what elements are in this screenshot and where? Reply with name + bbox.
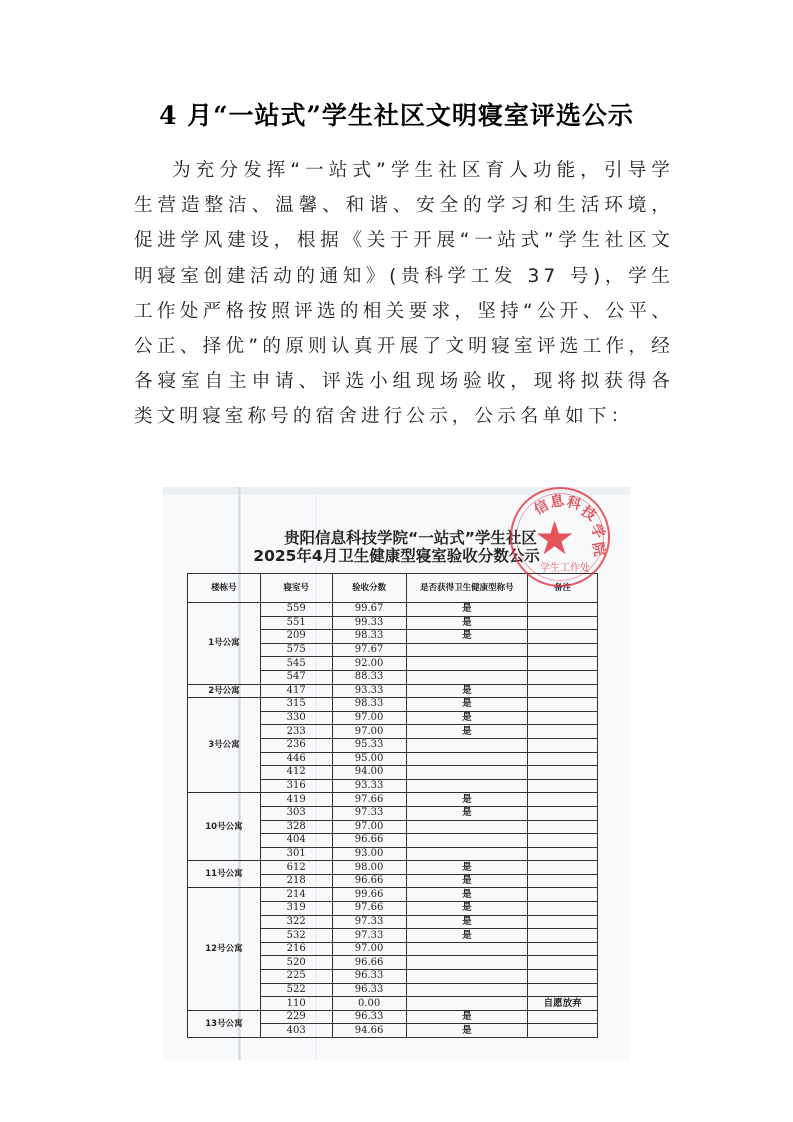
awarded-cell	[406, 643, 528, 657]
room-cell: 446	[260, 752, 332, 766]
score-cell: 92.00	[332, 657, 406, 671]
official-seal: 信 息 科 技 学 院 ★ 学生工作处	[510, 487, 610, 587]
table-row: 3号公寓31598.33是	[188, 698, 598, 712]
note-cell	[528, 779, 598, 793]
room-cell: 229	[260, 1010, 332, 1024]
header-score: 验收分数	[332, 574, 406, 603]
room-cell: 575	[260, 643, 332, 657]
note-cell	[528, 711, 598, 725]
score-cell: 93.33	[332, 684, 406, 698]
room-cell: 319	[260, 902, 332, 916]
note-cell	[528, 616, 598, 630]
score-cell: 97.33	[332, 915, 406, 929]
room-cell: 315	[260, 698, 332, 712]
room-cell: 301	[260, 847, 332, 861]
score-cell: 97.00	[332, 711, 406, 725]
score-cell: 98.00	[332, 861, 406, 875]
score-cell: 97.33	[332, 806, 406, 820]
awarded-cell	[406, 997, 528, 1011]
score-cell: 88.33	[332, 670, 406, 684]
note-cell	[528, 766, 598, 780]
room-cell: 218	[260, 874, 332, 888]
room-cell: 551	[260, 616, 332, 630]
room-cell: 225	[260, 970, 332, 984]
awarded-cell: 是	[406, 711, 528, 725]
awarded-cell	[406, 738, 528, 752]
room-cell: 328	[260, 820, 332, 834]
awarded-cell: 是	[406, 698, 528, 712]
building-cell: 11号公寓	[188, 861, 261, 888]
score-cell: 97.67	[332, 643, 406, 657]
awarded-cell	[406, 983, 528, 997]
score-cell: 93.00	[332, 847, 406, 861]
awarded-cell: 是	[406, 888, 528, 902]
note-cell	[528, 902, 598, 916]
awarded-cell	[406, 766, 528, 780]
building-cell: 2号公寓	[188, 684, 261, 698]
awarded-cell: 是	[406, 915, 528, 929]
awarded-cell	[406, 970, 528, 984]
building-cell: 12号公寓	[188, 888, 261, 1010]
score-cell: 95.00	[332, 752, 406, 766]
note-cell	[528, 942, 598, 956]
room-cell: 316	[260, 779, 332, 793]
awarded-cell: 是	[406, 806, 528, 820]
score-cell: 97.33	[332, 929, 406, 943]
note-cell	[528, 847, 598, 861]
room-cell: 520	[260, 956, 332, 970]
awarded-cell: 是	[406, 929, 528, 943]
room-cell: 209	[260, 630, 332, 644]
note-cell	[528, 684, 598, 698]
scan-title: 贵阳信息科技学院“一站式”学生社区 2025年4月卫生健康型寝室验收分数公示	[0, 529, 793, 565]
header-building: 楼栋号	[188, 574, 261, 603]
room-cell: 216	[260, 942, 332, 956]
score-cell: 96.33	[332, 970, 406, 984]
score-cell: 0.00	[332, 997, 406, 1011]
document-title: 4 月“一站式”学生社区文明寝室评选公示	[0, 96, 793, 132]
note-cell	[528, 793, 598, 807]
awarded-cell	[406, 670, 528, 684]
note-cell	[528, 1024, 598, 1038]
table-row: 2号公寓41793.33是	[188, 684, 598, 698]
header-room: 寝室号	[260, 574, 332, 603]
room-cell: 303	[260, 806, 332, 820]
score-cell: 94.66	[332, 1024, 406, 1038]
note-cell	[528, 643, 598, 657]
note-cell	[528, 983, 598, 997]
score-cell: 97.00	[332, 942, 406, 956]
note-cell	[528, 657, 598, 671]
score-cell: 97.66	[332, 793, 406, 807]
score-cell: 96.33	[332, 983, 406, 997]
note-cell	[528, 861, 598, 875]
room-cell: 330	[260, 711, 332, 725]
awarded-cell	[406, 834, 528, 848]
score-cell: 94.00	[332, 766, 406, 780]
score-cell: 97.66	[332, 902, 406, 916]
note-cell	[528, 698, 598, 712]
awarded-cell: 是	[406, 616, 528, 630]
score-cell: 93.33	[332, 779, 406, 793]
score-cell: 99.67	[332, 603, 406, 617]
note-cell	[528, 1010, 598, 1024]
room-cell: 412	[260, 766, 332, 780]
awarded-cell	[406, 942, 528, 956]
header-awarded: 是否获得卫生健康型称号	[406, 574, 528, 603]
seal-star-icon: ★	[534, 515, 575, 561]
awarded-cell: 是	[406, 630, 528, 644]
awarded-cell	[406, 752, 528, 766]
awarded-cell: 是	[406, 793, 528, 807]
table-body: 1号公寓55999.67是55199.33是20998.33是57597.675…	[188, 603, 598, 1038]
room-cell: 545	[260, 657, 332, 671]
score-cell: 96.66	[332, 834, 406, 848]
note-cell	[528, 874, 598, 888]
score-cell: 97.00	[332, 725, 406, 739]
score-cell: 96.66	[332, 874, 406, 888]
note-cell	[528, 806, 598, 820]
note-cell	[528, 970, 598, 984]
awarded-cell	[406, 956, 528, 970]
awarded-cell: 是	[406, 603, 528, 617]
score-cell: 96.33	[332, 1010, 406, 1024]
score-cell: 98.33	[332, 630, 406, 644]
note-cell	[528, 929, 598, 943]
awarded-cell: 是	[406, 1010, 528, 1024]
building-cell: 3号公寓	[188, 698, 261, 793]
awarded-cell	[406, 847, 528, 861]
table-row: 12号公寓21499.66是	[188, 888, 598, 902]
score-cell: 96.66	[332, 956, 406, 970]
building-cell: 13号公寓	[188, 1010, 261, 1037]
note-cell	[528, 630, 598, 644]
score-table: 楼栋号 寝室号 验收分数 是否获得卫生健康型称号 备注 1号公寓55999.67…	[187, 573, 598, 1038]
score-cell: 99.33	[332, 616, 406, 630]
room-cell: 404	[260, 834, 332, 848]
room-cell: 236	[260, 738, 332, 752]
score-cell: 97.00	[332, 820, 406, 834]
room-cell: 322	[260, 915, 332, 929]
score-cell: 95.33	[332, 738, 406, 752]
note-cell: 自愿放弃	[528, 997, 598, 1011]
room-cell: 214	[260, 888, 332, 902]
scan-title-line1: 贵阳信息科技学院“一站式”学生社区	[0, 529, 793, 547]
awarded-cell: 是	[406, 874, 528, 888]
awarded-cell	[406, 657, 528, 671]
room-cell: 547	[260, 670, 332, 684]
scan-title-line2: 2025年4月卫生健康型寝室验收分数公示	[0, 547, 793, 565]
table-row: 1号公寓55999.67是	[188, 603, 598, 617]
table-row: 11号公寓61298.00是	[188, 861, 598, 875]
score-cell: 99.66	[332, 888, 406, 902]
awarded-cell: 是	[406, 725, 528, 739]
room-cell: 532	[260, 929, 332, 943]
awarded-cell	[406, 820, 528, 834]
room-cell: 417	[260, 684, 332, 698]
awarded-cell: 是	[406, 902, 528, 916]
seal-bottom-text: 学生工作处	[540, 559, 590, 574]
note-cell	[528, 725, 598, 739]
awarded-cell: 是	[406, 684, 528, 698]
note-cell	[528, 603, 598, 617]
note-cell	[528, 956, 598, 970]
note-cell	[528, 834, 598, 848]
note-cell	[528, 670, 598, 684]
note-cell	[528, 752, 598, 766]
room-cell: 522	[260, 983, 332, 997]
table-row: 13号公寓22996.33是	[188, 1010, 598, 1024]
building-cell: 1号公寓	[188, 603, 261, 685]
room-cell: 419	[260, 793, 332, 807]
score-cell: 98.33	[332, 698, 406, 712]
awarded-cell: 是	[406, 861, 528, 875]
room-cell: 233	[260, 725, 332, 739]
awarded-cell	[406, 779, 528, 793]
awarded-cell: 是	[406, 1024, 528, 1038]
room-cell: 403	[260, 1024, 332, 1038]
note-cell	[528, 738, 598, 752]
note-cell	[528, 915, 598, 929]
room-cell: 612	[260, 861, 332, 875]
room-cell: 559	[260, 603, 332, 617]
note-cell	[528, 820, 598, 834]
note-cell	[528, 888, 598, 902]
room-cell: 110	[260, 997, 332, 1011]
building-cell: 10号公寓	[188, 793, 261, 861]
table-row: 10号公寓41997.66是	[188, 793, 598, 807]
announcement-paragraph: 为充分发挥“一站式”学生社区育人功能，引导学生营造整洁、温馨、和谐、安全的学习和…	[134, 153, 674, 435]
